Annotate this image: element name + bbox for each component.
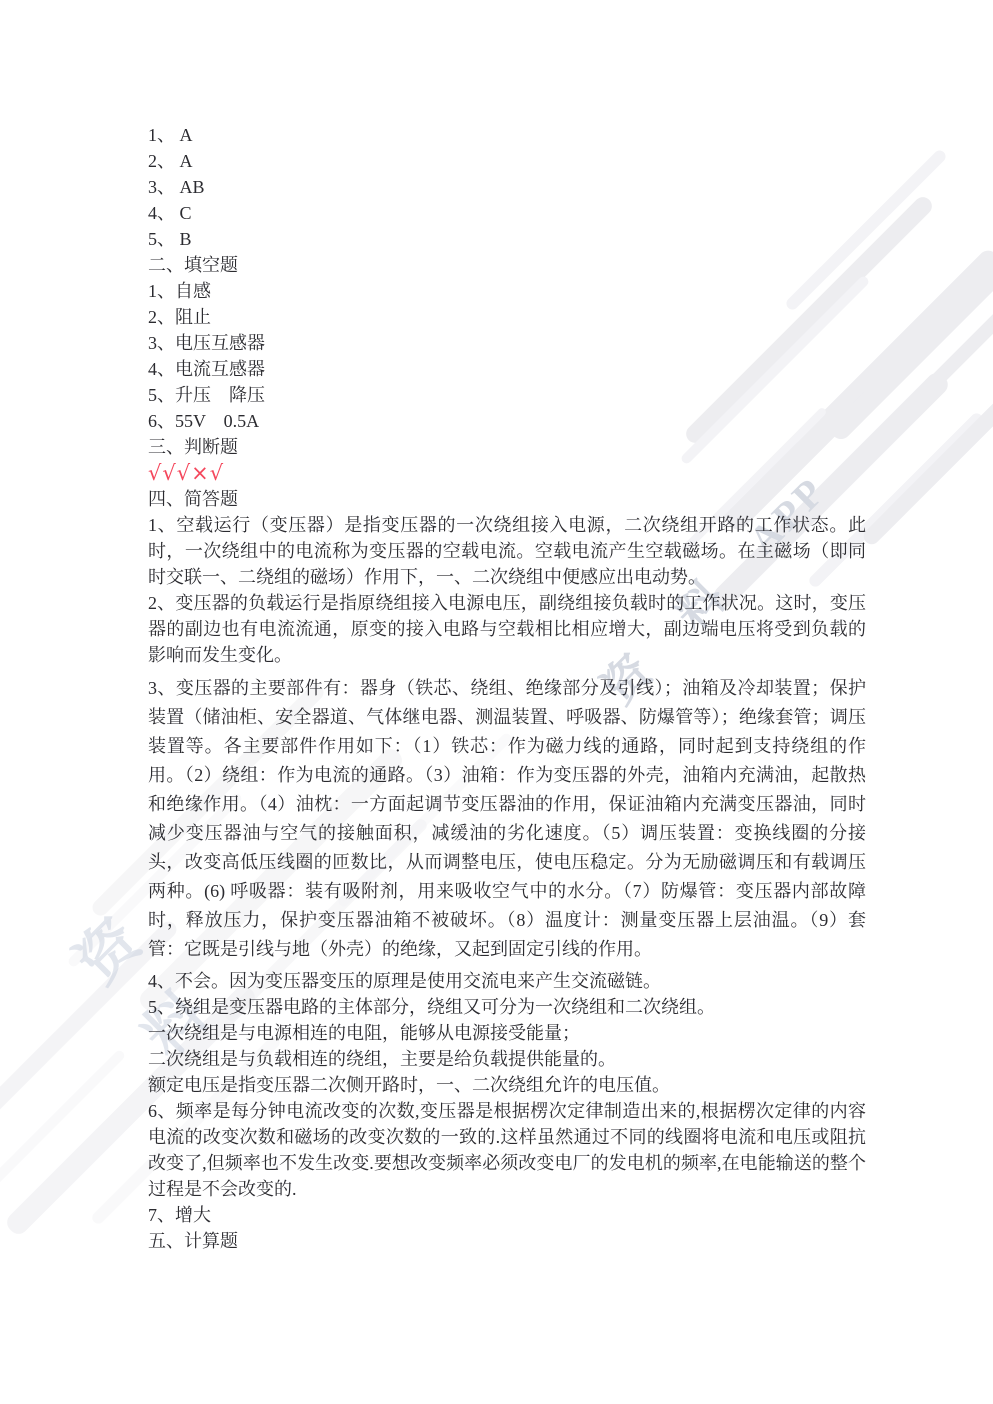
short-answer-3: 3、变压器的主要部件有：器身（铁芯、绕组、绝缘部分及引线）；油箱及冷却装置；保护… [148,674,866,964]
short-answer-4: 4、不会。因为变压器变压的原理是使用交流电来产生交流磁链。 [148,968,866,994]
section-heading-judgment: 三、判断题 [148,434,866,460]
short-answer-2: 2、变压器的负载运行是指原绕组接入电源电压，副绕组接负载时的工作状况。这时，变压… [148,590,866,668]
short-answer-5-rated: 额定电压是指变压器二次侧开路时，一、二次绕组允许的电压值。 [148,1072,866,1098]
short-answer-5-primary: 一次绕组是与电源相连的电阻，能够从电源接受能量； [148,1020,866,1046]
watermark-streak [860,352,993,547]
section-heading-calculation: 五、计算题 [148,1228,866,1254]
scanned-answer-page: 资 料 APP 资 料 1、 A 2、 A 3、 AB 4、 C 5、 B 二、… [0,0,993,1404]
short-answer-7: 7、增大 [148,1202,866,1228]
choice-answer-2: 2、 A [148,148,866,174]
fill-in-answer-2: 2、阻止 [148,304,866,330]
fill-in-answer-3: 3、电压互感器 [148,330,866,356]
answer-sheet-content: 1、 A 2、 A 3、 AB 4、 C 5、 B 二、填空题 1、自感 2、阻… [148,122,866,1254]
section-heading-fill-in: 二、填空题 [148,252,866,278]
choice-answer-5: 5、 B [148,226,866,252]
choice-answer-4: 4、 C [148,200,866,226]
fill-in-answer-6: 6、55V 0.5A [148,408,866,434]
watermark-streak [0,1049,126,1212]
choice-answer-3: 3、 AB [148,174,866,200]
choice-answer-1: 1、 A [148,122,866,148]
short-answer-6: 6、频率是每分钟电流改变的次数,变压器是根据楞次定律制造出来的,根据楞次定律的内… [148,1098,866,1202]
fill-in-answer-4: 4、电流互感器 [148,356,866,382]
fill-in-answer-5: 5、升压 降压 [148,382,866,408]
section-heading-short-answer: 四、简答题 [148,486,866,512]
watermark-ghost-char: 资 [53,896,156,999]
short-answer-5: 5、绕组是变压器电路的主体部分，绕组又可分为一次绕组和二次绕组。 [148,994,866,1020]
short-answer-1: 1、空载运行（变压器）是指变压器的一次绕组接入电源，二次绕组开路的工作状态。此时… [148,512,866,590]
short-answer-5-secondary: 二次绕组是与负载相连的绕组，主要是给负载提供能量的。 [148,1046,866,1072]
judgment-marks: √√√×√ [148,460,866,486]
fill-in-answer-1: 1、自感 [148,278,866,304]
